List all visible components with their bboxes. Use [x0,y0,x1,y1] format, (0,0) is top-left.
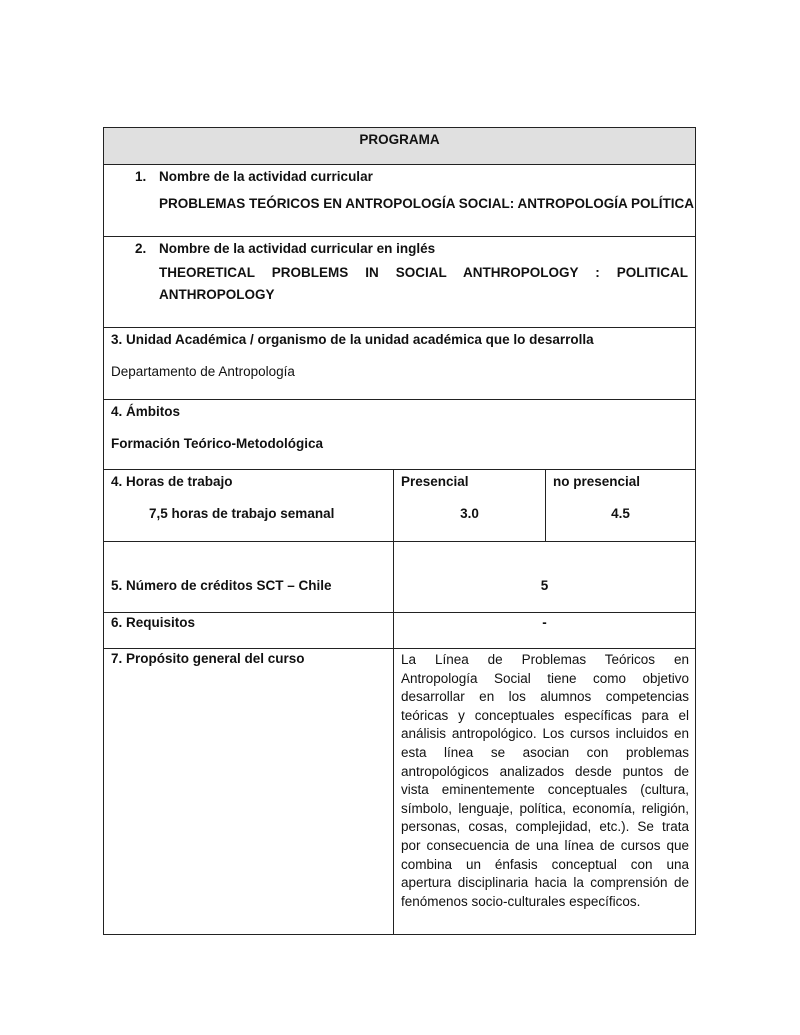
no-presencial-cell: no presencial 4.5 [545,470,695,541]
credits-value: 5 [393,542,695,612]
section-label: 4. Horas de trabajo [111,474,393,489]
presencial-cell: Presencial 3.0 [393,470,545,541]
purpose-label: 7. Propósito general del curso [104,649,393,934]
section-purpose: 7. Propósito general del curso La Línea … [104,648,695,934]
program-table: PROGRAMA 1. Nombre de la actividad curri… [103,127,696,935]
purpose-value: La Línea de Problemas Teóricos en Antrop… [393,649,695,934]
section-scope: 4. Ámbitos Formación Teórico-Metodológic… [104,399,695,469]
requirements-label: 6. Requisitos [104,613,393,648]
section-course-name: 1. Nombre de la actividad curricular PRO… [104,164,695,236]
program-title: PROGRAMA [359,132,439,147]
credits-label: 5. Número de créditos SCT – Chile [104,542,393,612]
no-presencial-label: no presencial [553,474,695,489]
section-work-hours: 4. Horas de trabajo 7,5 horas de trabajo… [104,469,695,541]
section-course-name-english: 2. Nombre de la actividad curricular en … [104,236,695,327]
requirements-value: - [393,613,695,648]
course-name-english-value: THEORETICAL PROBLEMS IN SOCIAL ANTHROPOL… [135,262,695,306]
hours-total: 7,5 horas de trabajo semanal [111,506,393,521]
scope-value: Formación Teórico-Metodológica [111,436,695,451]
section-number: 1. [135,169,159,184]
academic-unit-value: Departamento de Antropología [111,364,695,379]
section-label: 3. Unidad Académica / organismo de la un… [111,332,695,347]
section-label: Nombre de la actividad curricular [159,169,373,184]
program-header: PROGRAMA [104,128,695,164]
section-label: Nombre de la actividad curricular en ing… [159,241,435,256]
presencial-label: Presencial [401,474,545,489]
section-requirements: 6. Requisitos - [104,612,695,648]
hours-label-cell: 4. Horas de trabajo 7,5 horas de trabajo… [104,470,393,541]
section-label: 4. Ámbitos [111,404,695,419]
course-name-value: PROBLEMAS TEÓRICOS EN ANTROPOLOGÍA SOCIA… [135,196,695,211]
section-number: 2. [135,241,159,256]
presencial-value: 3.0 [401,506,545,521]
section-credits: 5. Número de créditos SCT – Chile 5 [104,541,695,612]
section-academic-unit: 3. Unidad Académica / organismo de la un… [104,327,695,399]
no-presencial-value: 4.5 [553,506,695,521]
